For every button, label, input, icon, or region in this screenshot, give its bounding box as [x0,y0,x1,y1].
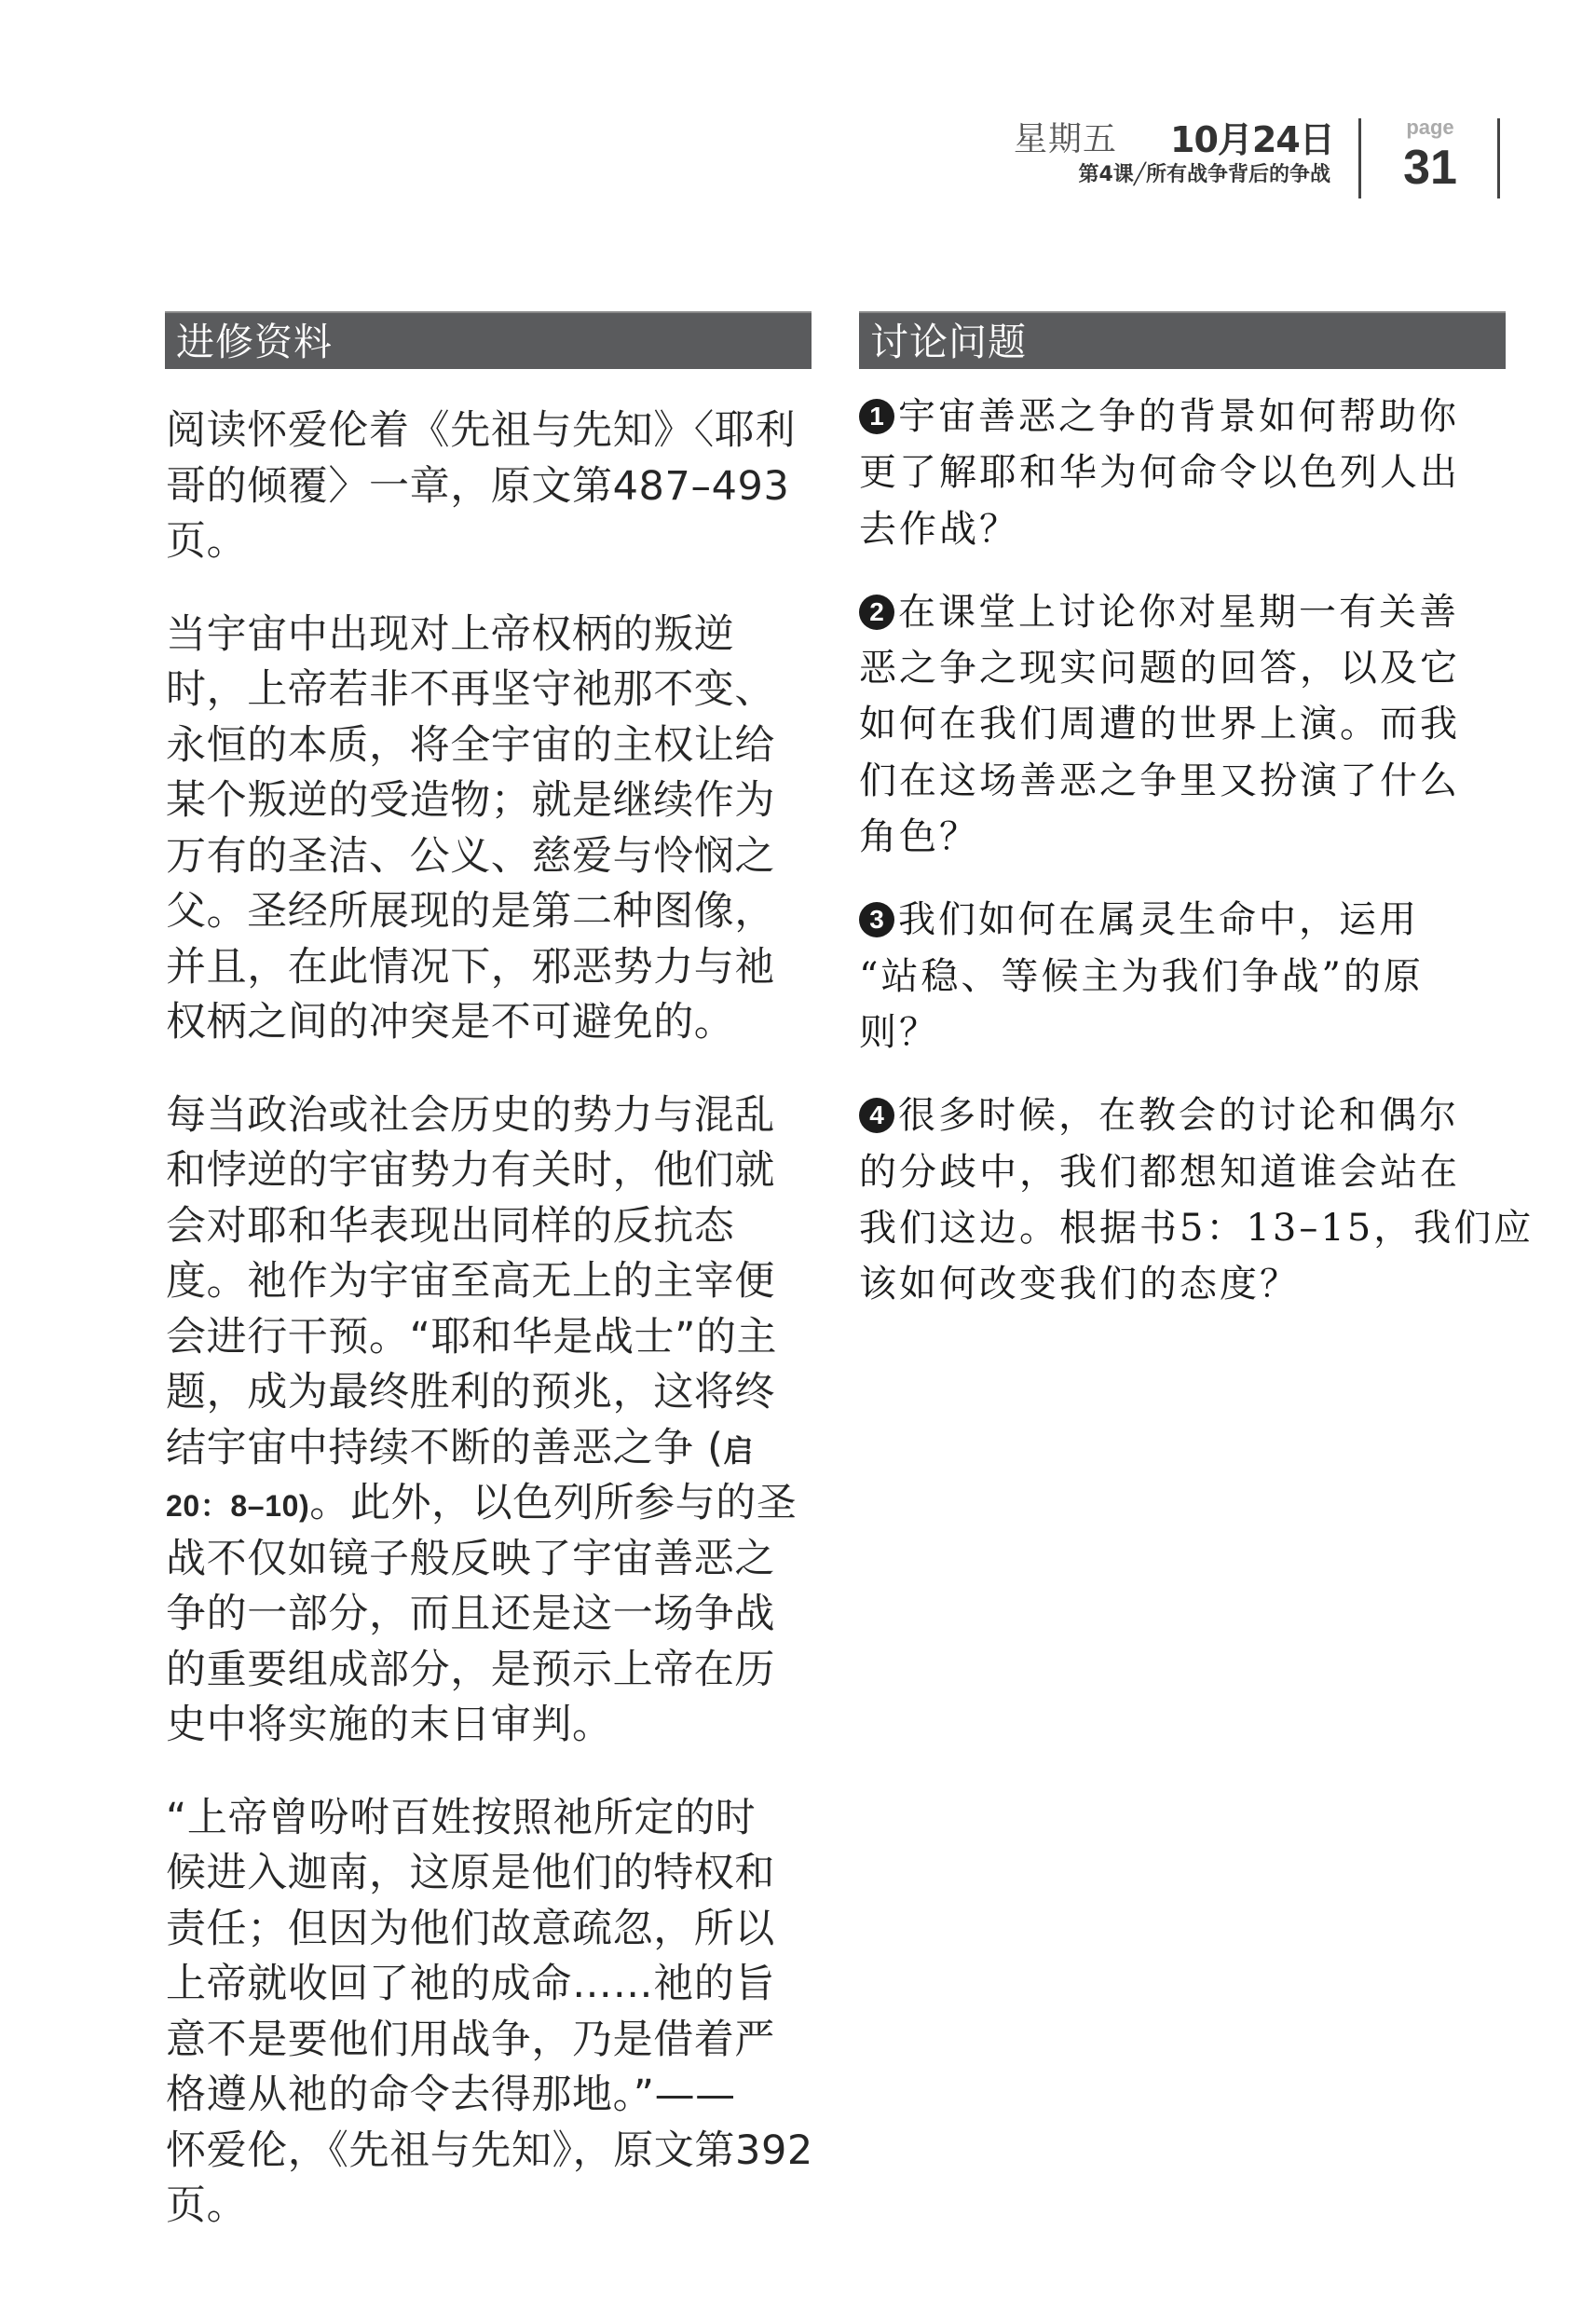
text-line: 则？ [859,1005,1511,1060]
paragraph-holy-war: 每当政治或社会历史的势力与混乱 和悖逆的宇宙势力有关时，他们就 会对耶和华表现出… [166,1088,818,1754]
text-line: 万有的圣洁、公义、慈爱与怜悯之 [166,829,818,885]
text-line: 意不是要他们用战争，乃是借着严 [166,2013,818,2069]
number-badge-icon: 4 [859,1098,894,1133]
scripture-reference: 启 [723,1434,754,1468]
text-line: 会进行干预。“耶和华是战士”的主 [166,1310,818,1366]
text-line: 候进入迦南，这原是他们的特权和 [166,1846,818,1902]
text-line: 父。圣经所展现的是第二种图像， [166,884,818,940]
text-line-with-reference: 结宇宙中持续不断的善恶之争 (启 [166,1421,818,1477]
text-line: 每当政治或社会历史的势力与混乱 [166,1088,818,1144]
text-segment: 很多时候，在教会的讨论和偶尔 [898,1094,1459,1137]
text-line: 会对耶和华表现出同样的反抗态 [166,1199,818,1255]
text-line: 哥的倾覆〉一章，原文第487–493 [166,459,818,515]
text-line: 阅读怀爱伦着《先祖与先知》〈耶利 [166,403,818,459]
text-line: 1宇宙善恶之争的背景如何帮助你 [859,389,1511,444]
further-study-body: 阅读怀爱伦着《先祖与先知》〈耶利 哥的倾覆〉一章，原文第487–493 页。 当… [166,403,818,2272]
text-line: 并且，在此情况下，邪恶势力与祂 [166,940,818,996]
text-line: 去作战？ [859,501,1511,557]
header-lesson-title: 第4课╱所有战争背后的争战 [1078,162,1330,188]
text-line: 时，上帝若非不再坚守祂那不变、 [166,663,818,718]
text-line: 责任；但因为他们故意疏忽，所以 [166,1902,818,1958]
text-segment: 宇宙善恶之争的背景如何帮助你 [898,395,1459,438]
text-line: 如何在我们周遭的世界上演。而我 [859,696,1511,752]
text-line: 权柄之间的冲突是不可避免的。 [166,995,818,1051]
text-line: 该如何改变我们的态度？ [859,1256,1511,1312]
page-label: page [1379,116,1481,140]
text-line: 4很多时候，在教会的讨论和偶尔 [859,1087,1511,1143]
paragraph-quotation: “上帝曾吩咐百姓按照祂所定的时 候进入迦南，这原是他们的特权和 责任；但因为他们… [166,1791,818,2235]
text-line: 页。 [166,514,818,570]
text-line: 战不仅如镜子般反映了宇宙善恶之 [166,1532,818,1588]
text-segment: 结宇宙中持续不断的善恶之争 ( [166,1425,723,1471]
number-badge-icon: 3 [859,902,894,937]
text-line: 格遵从祂的命令去得那地。”—— [166,2068,818,2124]
text-line: 度。祂作为宇宙至高无上的主宰便 [166,1254,818,1310]
text-line: 的分歧中，我们都想知道谁会站在 [859,1144,1511,1200]
question-2: 2在课堂上讨论你对星期一有关善 恶之争之现实问题的回答，以及它 如何在我们周遭的… [859,584,1511,865]
text-line: 页。 [166,2179,818,2235]
scripture-reference: 20：8–10) [166,1489,309,1523]
text-line: 当宇宙中出现对上帝权柄的叛逆 [166,608,818,663]
text-line: 角色？ [859,809,1511,865]
text-line: 的重要组成部分，是预示上帝在历 [166,1643,818,1699]
text-line: 和悖逆的宇宙势力有关时，他们就 [166,1143,818,1199]
text-line: 3我们如何在属灵生命中，运用 [859,892,1511,948]
section-title-discussion: 讨论问题 [870,318,1027,366]
paragraph-rebellion: 当宇宙中出现对上帝权柄的叛逆 时，上帝若非不再坚守祂那不变、 永恒的本质，将全宇… [166,608,818,1051]
text-line: 更了解耶和华为何命令以色列人出 [859,444,1511,500]
text-line: 怀爱伦，《先祖与先知》，原文第392 [166,2124,818,2180]
question-3: 3我们如何在属灵生命中，运用 “站稳、等候主为我们争战”的原 则？ [859,892,1511,1060]
page-number: 31 [1379,142,1481,194]
text-line: “上帝曾吩咐百姓按照祂所定的时 [166,1791,818,1847]
text-line: 上帝就收回了祂的成命……祂的旨 [166,1957,818,2013]
section-bar-further-study: 进修资料 [165,311,812,369]
number-badge-icon: 2 [859,595,894,630]
text-line: 2在课堂上讨论你对星期一有关善 [859,584,1511,640]
text-line: 题，成为最终胜利的预兆，这将终 [166,1365,818,1421]
text-line: 永恒的本质，将全宇宙的主权让给 [166,718,818,774]
header-day: 星期五 [1014,119,1117,160]
text-segment: 我们如何在属灵生命中，运用 [898,898,1419,941]
paragraph-reading-assignment: 阅读怀爱伦着《先祖与先知》〈耶利 哥的倾覆〉一章，原文第487–493 页。 [166,403,818,570]
header-divider-left [1358,118,1361,198]
text-line: 我们这边。根据书5：13–15，我们应 [859,1200,1511,1256]
text-line: 争的一部分，而且还是这一场争战 [166,1587,818,1643]
text-line-with-reference: 20：8–10)。此外，以色列所参与的圣 [166,1476,818,1532]
text-line: “站稳、等候主为我们争战”的原 [859,949,1511,1005]
question-4: 4很多时候，在教会的讨论和偶尔 的分歧中，我们都想知道谁会站在 我们这边。根据书… [859,1087,1511,1312]
question-1: 1宇宙善恶之争的背景如何帮助你 更了解耶和华为何命令以色列人出 去作战？ [859,389,1511,557]
discussion-questions: 1宇宙善恶之争的背景如何帮助你 更了解耶和华为何命令以色列人出 去作战？ 2在课… [859,389,1511,1339]
text-segment: 在课堂上讨论你对星期一有关善 [898,591,1459,634]
text-line: 们在这场善恶之争里又扮演了什么 [859,753,1511,809]
section-title-further-study: 进修资料 [176,318,333,366]
header-divider-right [1497,118,1500,198]
section-bar-discussion: 讨论问题 [859,311,1506,369]
text-segment: 。此外，以色列所参与的圣 [309,1480,797,1526]
number-badge-icon: 1 [859,399,894,434]
text-line: 某个叛逆的受造物；就是继续作为 [166,773,818,829]
text-line: 恶之争之现实问题的回答，以及它 [859,640,1511,696]
text-line: 史中将实施的末日审判。 [166,1698,818,1754]
header-date: 10月24日 [1170,119,1334,160]
